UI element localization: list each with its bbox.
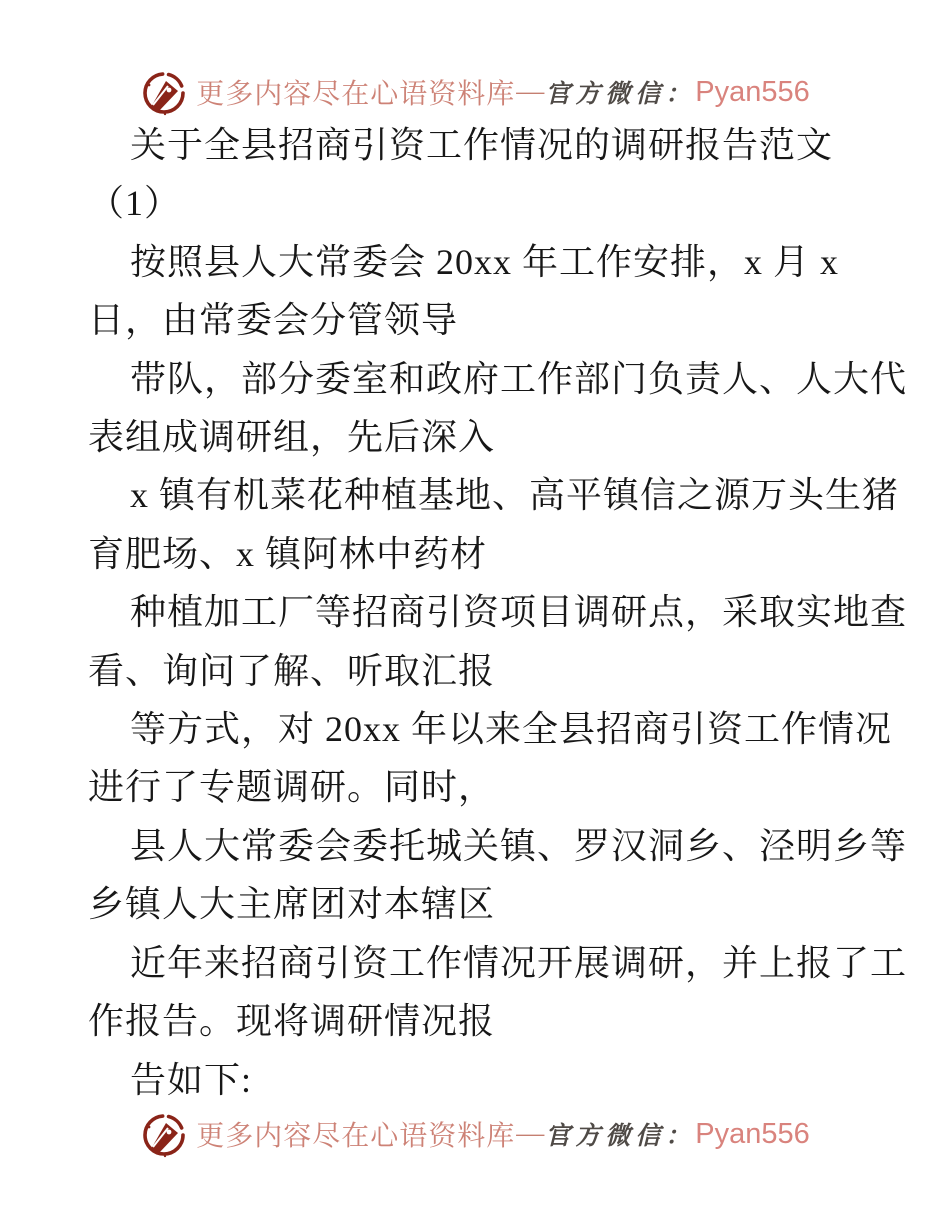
text-line: 按照县人大常委会 20xx 年工作安排，x 月 x bbox=[88, 233, 920, 291]
document-page: 更多内容尽在心语资料库 — 官方微信： Pyan556 关于全县招商引资工作情况… bbox=[0, 0, 950, 1230]
brand-pen-logo-icon bbox=[140, 68, 188, 116]
text-line: 告如下: bbox=[88, 1051, 920, 1109]
brand-text: 更多内容尽在心语资料库 bbox=[196, 72, 515, 112]
text-line: 作报告。现将调研情况报 bbox=[88, 992, 920, 1050]
text-line: 表组成调研组，先后深入 bbox=[88, 408, 920, 466]
text-line: 育肥场、x 镇阿林中药材 bbox=[88, 525, 920, 583]
text-line: 日，由常委会分管领导 bbox=[88, 291, 920, 349]
wechat-id: Pyan556 bbox=[695, 1118, 810, 1151]
footer-watermark: 更多内容尽在心语资料库 — 官方微信： Pyan556 bbox=[0, 1108, 950, 1160]
text-line: 进行了专题调研。同时， bbox=[88, 758, 920, 816]
text-line: 近年来招商引资工作情况开展调研，并上报了工 bbox=[88, 934, 920, 992]
wechat-id: Pyan556 bbox=[695, 76, 810, 109]
text-line: （1） bbox=[88, 174, 920, 232]
wechat-label: 官方微信： bbox=[545, 1116, 695, 1152]
wechat-label: 官方微信： bbox=[545, 74, 695, 110]
text-line: 关于全县招商引资工作情况的调研报告范文 bbox=[88, 116, 920, 174]
dash-separator: — bbox=[516, 1118, 544, 1150]
text-line: 种植加工厂等招商引资项目调研点，采取实地查 bbox=[88, 583, 920, 641]
text-line: 带队，部分委室和政府工作部门负责人、人大代 bbox=[88, 350, 920, 408]
brand-pen-logo-icon bbox=[140, 1110, 188, 1158]
text-line: x 镇有机菜花种植基地、高平镇信之源万头生猪 bbox=[88, 466, 920, 524]
document-body: 关于全县招商引资工作情况的调研报告范文（1）按照县人大常委会 20xx 年工作安… bbox=[88, 116, 920, 1109]
header-watermark: 更多内容尽在心语资料库 — 官方微信： Pyan556 bbox=[0, 66, 950, 118]
text-line: 县人大常委会委托城关镇、罗汉洞乡、泾明乡等 bbox=[88, 817, 920, 875]
text-line: 乡镇人大主席团对本辖区 bbox=[88, 875, 920, 933]
dash-separator: — bbox=[516, 76, 544, 108]
text-line: 等方式，对 20xx 年以来全县招商引资工作情况 bbox=[88, 700, 920, 758]
text-line: 看、询问了解、听取汇报 bbox=[88, 642, 920, 700]
brand-text: 更多内容尽在心语资料库 bbox=[196, 1114, 515, 1154]
